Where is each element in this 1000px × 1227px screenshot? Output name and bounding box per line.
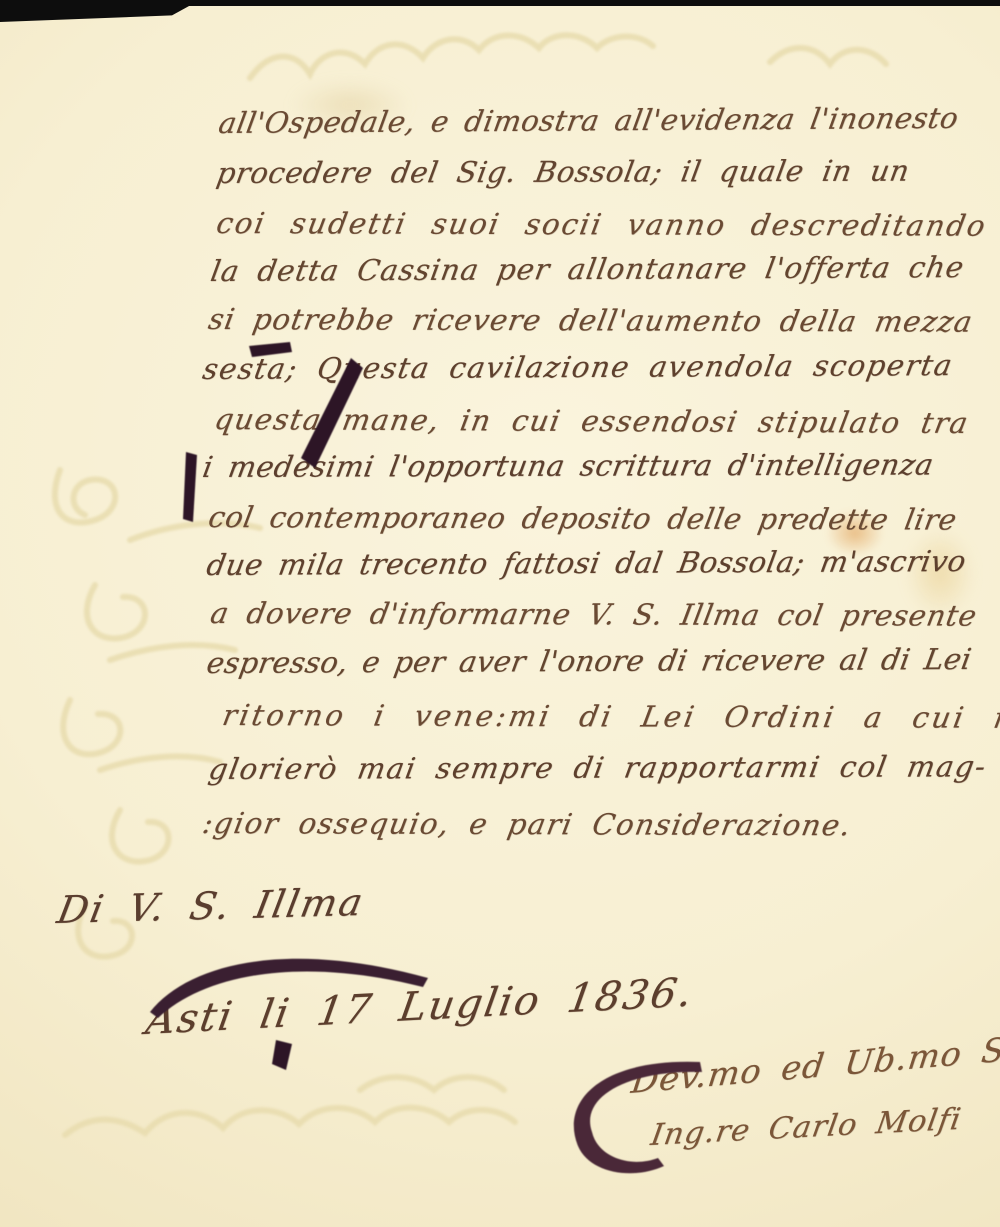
handwritten-line: questa mane, in cui essendosi stipulato … xyxy=(212,402,972,440)
signature-name: Ing.re Carlo Molfi xyxy=(648,1102,964,1153)
handwritten-line: a dovere d'informarne V. S. Illma col pr… xyxy=(208,596,980,633)
handwritten-line: sesta; Questa cavilazione avendola scope… xyxy=(200,348,956,386)
handwritten-line: procedere del Sig. Bossola; il quale in … xyxy=(214,154,912,190)
handwritten-line: due mila trecento fattosi dal Bossola; m… xyxy=(204,544,969,582)
letter-page: all'Ospedale, e dimostra all'evidenza l'… xyxy=(0,0,1000,1227)
closing-salutation: Di V. S. Illma xyxy=(54,880,368,932)
handwritten-line: i medesimi l'opportuna scrittura d'intel… xyxy=(200,447,936,484)
handwritten-line: :gior ossequio, e pari Considerazione. xyxy=(200,806,855,842)
handwritten-line: espresso, e per aver l'onore di ricevere… xyxy=(204,642,974,680)
handwritten-line: glorierò mai sempre di rapportarmi col m… xyxy=(206,749,989,786)
handwritten-line: col contemporaneo deposito delle predett… xyxy=(206,500,960,537)
handwritten-line: coi sudetti suoi socii vanno descreditan… xyxy=(214,206,990,243)
valediction: Dev.mo ed Ub.mo Serv. xyxy=(629,1024,1000,1101)
handwritten-line: si potrebbe ricevere dell'aumento della … xyxy=(206,302,976,339)
handwritten-line: all'Ospedale, e dimostra all'evidenza l'… xyxy=(216,101,961,140)
handwritten-line: la detta Cassina per allontanare l'offer… xyxy=(208,250,967,288)
scan-edge-corner xyxy=(0,0,200,22)
handwritten-line: ritorno i vene:mi di Lei Ordini a cui mi xyxy=(220,698,1000,735)
dateline: Asti li 17 Luglio 1836. xyxy=(143,970,697,1044)
